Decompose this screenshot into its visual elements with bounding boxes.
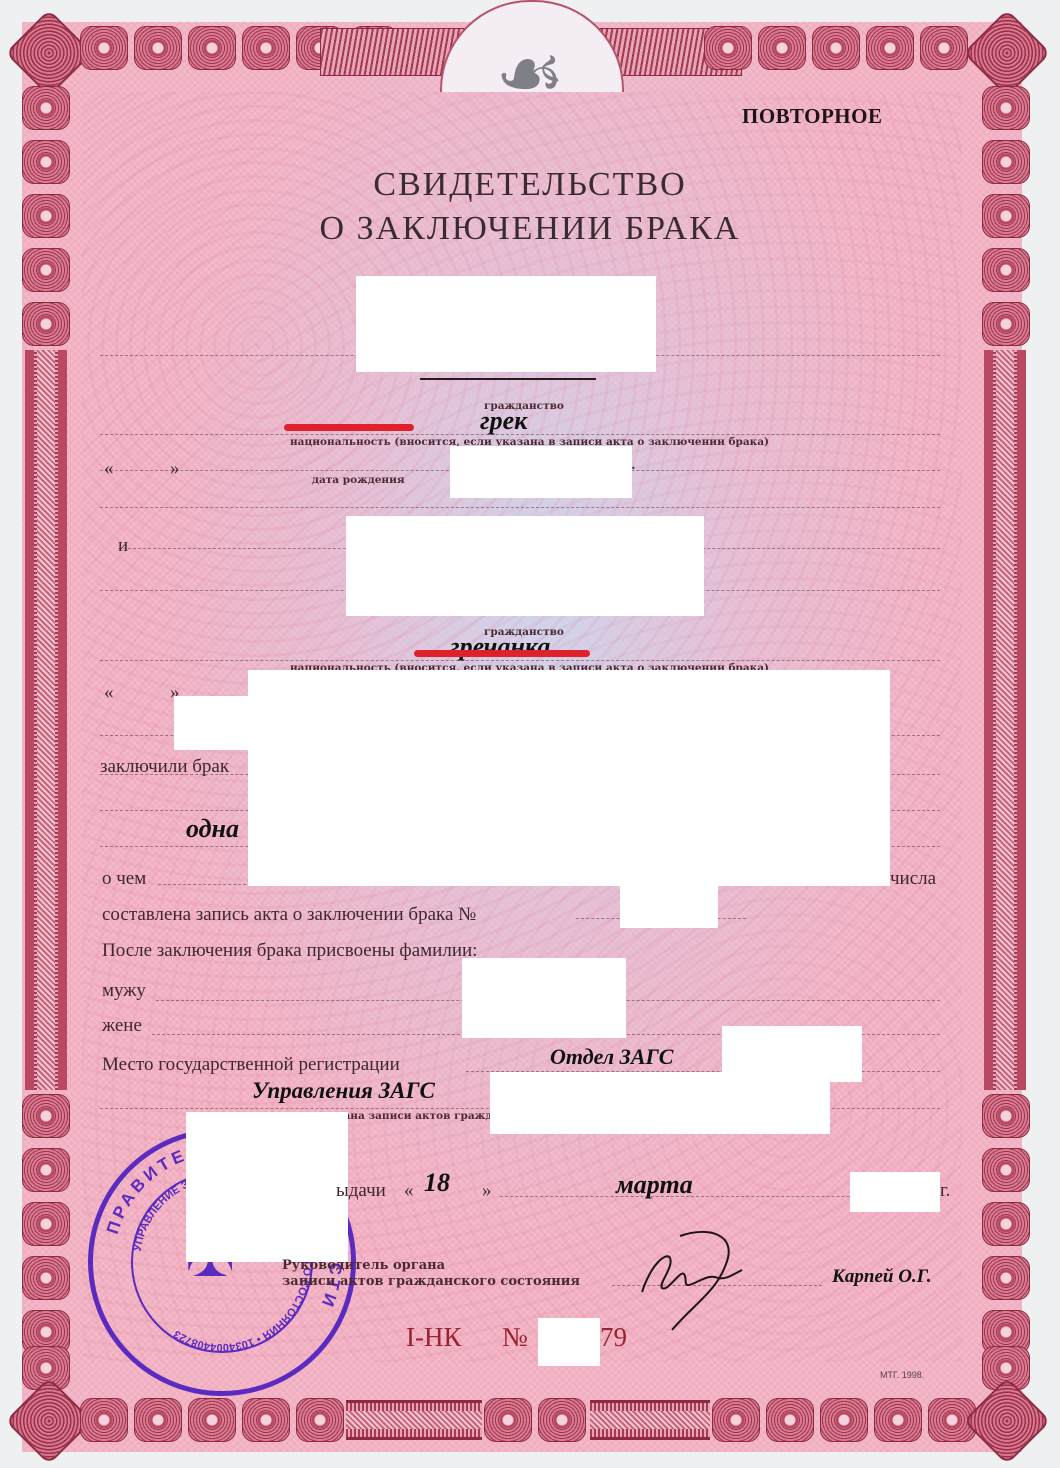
stamp-redacted [186, 1112, 348, 1262]
conjunction-and: и [118, 535, 128, 557]
head-label-line1: Руководитель органа [282, 1258, 445, 1273]
wife-nationality-value: гречанка [450, 632, 550, 662]
wife-nationality-highlight [414, 650, 590, 657]
issue-quote-open: « [404, 1180, 414, 1202]
wife-surname-label: жене [102, 1015, 142, 1037]
printer-mark: МТГ. 1998. [880, 1370, 924, 1380]
duplicate-status-label: ПОВТОРНОЕ [742, 104, 882, 129]
serial-series: I-НК [406, 1322, 462, 1353]
issue-year-redacted [850, 1172, 940, 1212]
document-title-line1: СВИДЕТЕЛЬСТВО [0, 166, 1060, 204]
issue-date-label-visible: ыдачи [336, 1180, 386, 1202]
record-number-label: составлена запись акта о заключении брак… [102, 904, 476, 926]
head-name: Карпей О.Г. [832, 1266, 931, 1288]
issue-month: марта [616, 1170, 693, 1200]
serial-number-suffix: 79 [600, 1322, 627, 1353]
serial-number-redacted [538, 1318, 600, 1366]
registration-place-label: Место государственной регистрации [102, 1054, 400, 1076]
wife-dob-redacted [174, 696, 254, 750]
registration-place-line1: Отдел ЗАГС [550, 1044, 673, 1070]
head-label-line2: записи актов гражданского состояния [282, 1274, 580, 1289]
marriage-date-words: одна [186, 814, 239, 844]
record-number-redacted [620, 884, 718, 928]
surnames-label: После заключения брака присвоены фамилии… [102, 940, 477, 962]
signature [622, 1222, 752, 1332]
wife-name-redacted [346, 516, 704, 616]
serial-number-sign: № [502, 1322, 528, 1353]
husband-dob-quote-open: « [104, 458, 114, 480]
husband-surname-label: мужу [102, 980, 146, 1002]
issue-year-suffix: г. [940, 1180, 950, 1202]
marriage-concluded-label: заключили брак [100, 756, 229, 778]
husband-name-redacted [356, 276, 656, 372]
issue-quote-close: » [482, 1180, 492, 1202]
surnames-redacted [462, 958, 626, 1038]
husband-dob-caption: дата рождения [312, 474, 405, 486]
husband-nationality-highlight [284, 424, 414, 431]
wife-dob-quote-open: « [104, 682, 114, 704]
registration-place-redacted-2 [490, 1072, 830, 1134]
about-label: о чем [102, 868, 146, 890]
issue-day: 18 [424, 1168, 450, 1198]
document-title-line2: О ЗАКЛЮЧЕНИИ БРАКА [0, 210, 1060, 248]
husband-dob-redacted [450, 446, 632, 498]
marriage-details-redacted [248, 670, 890, 886]
husband-nationality-value: грек [480, 406, 527, 436]
husband-citizenship-line [420, 378, 596, 380]
double-headed-eagle-icon: ☙ [486, 20, 574, 128]
day-suffix: числа [890, 868, 936, 890]
registration-place-line2: Управления ЗАГС [252, 1078, 435, 1104]
husband-dob-quote-close: » [170, 458, 180, 480]
